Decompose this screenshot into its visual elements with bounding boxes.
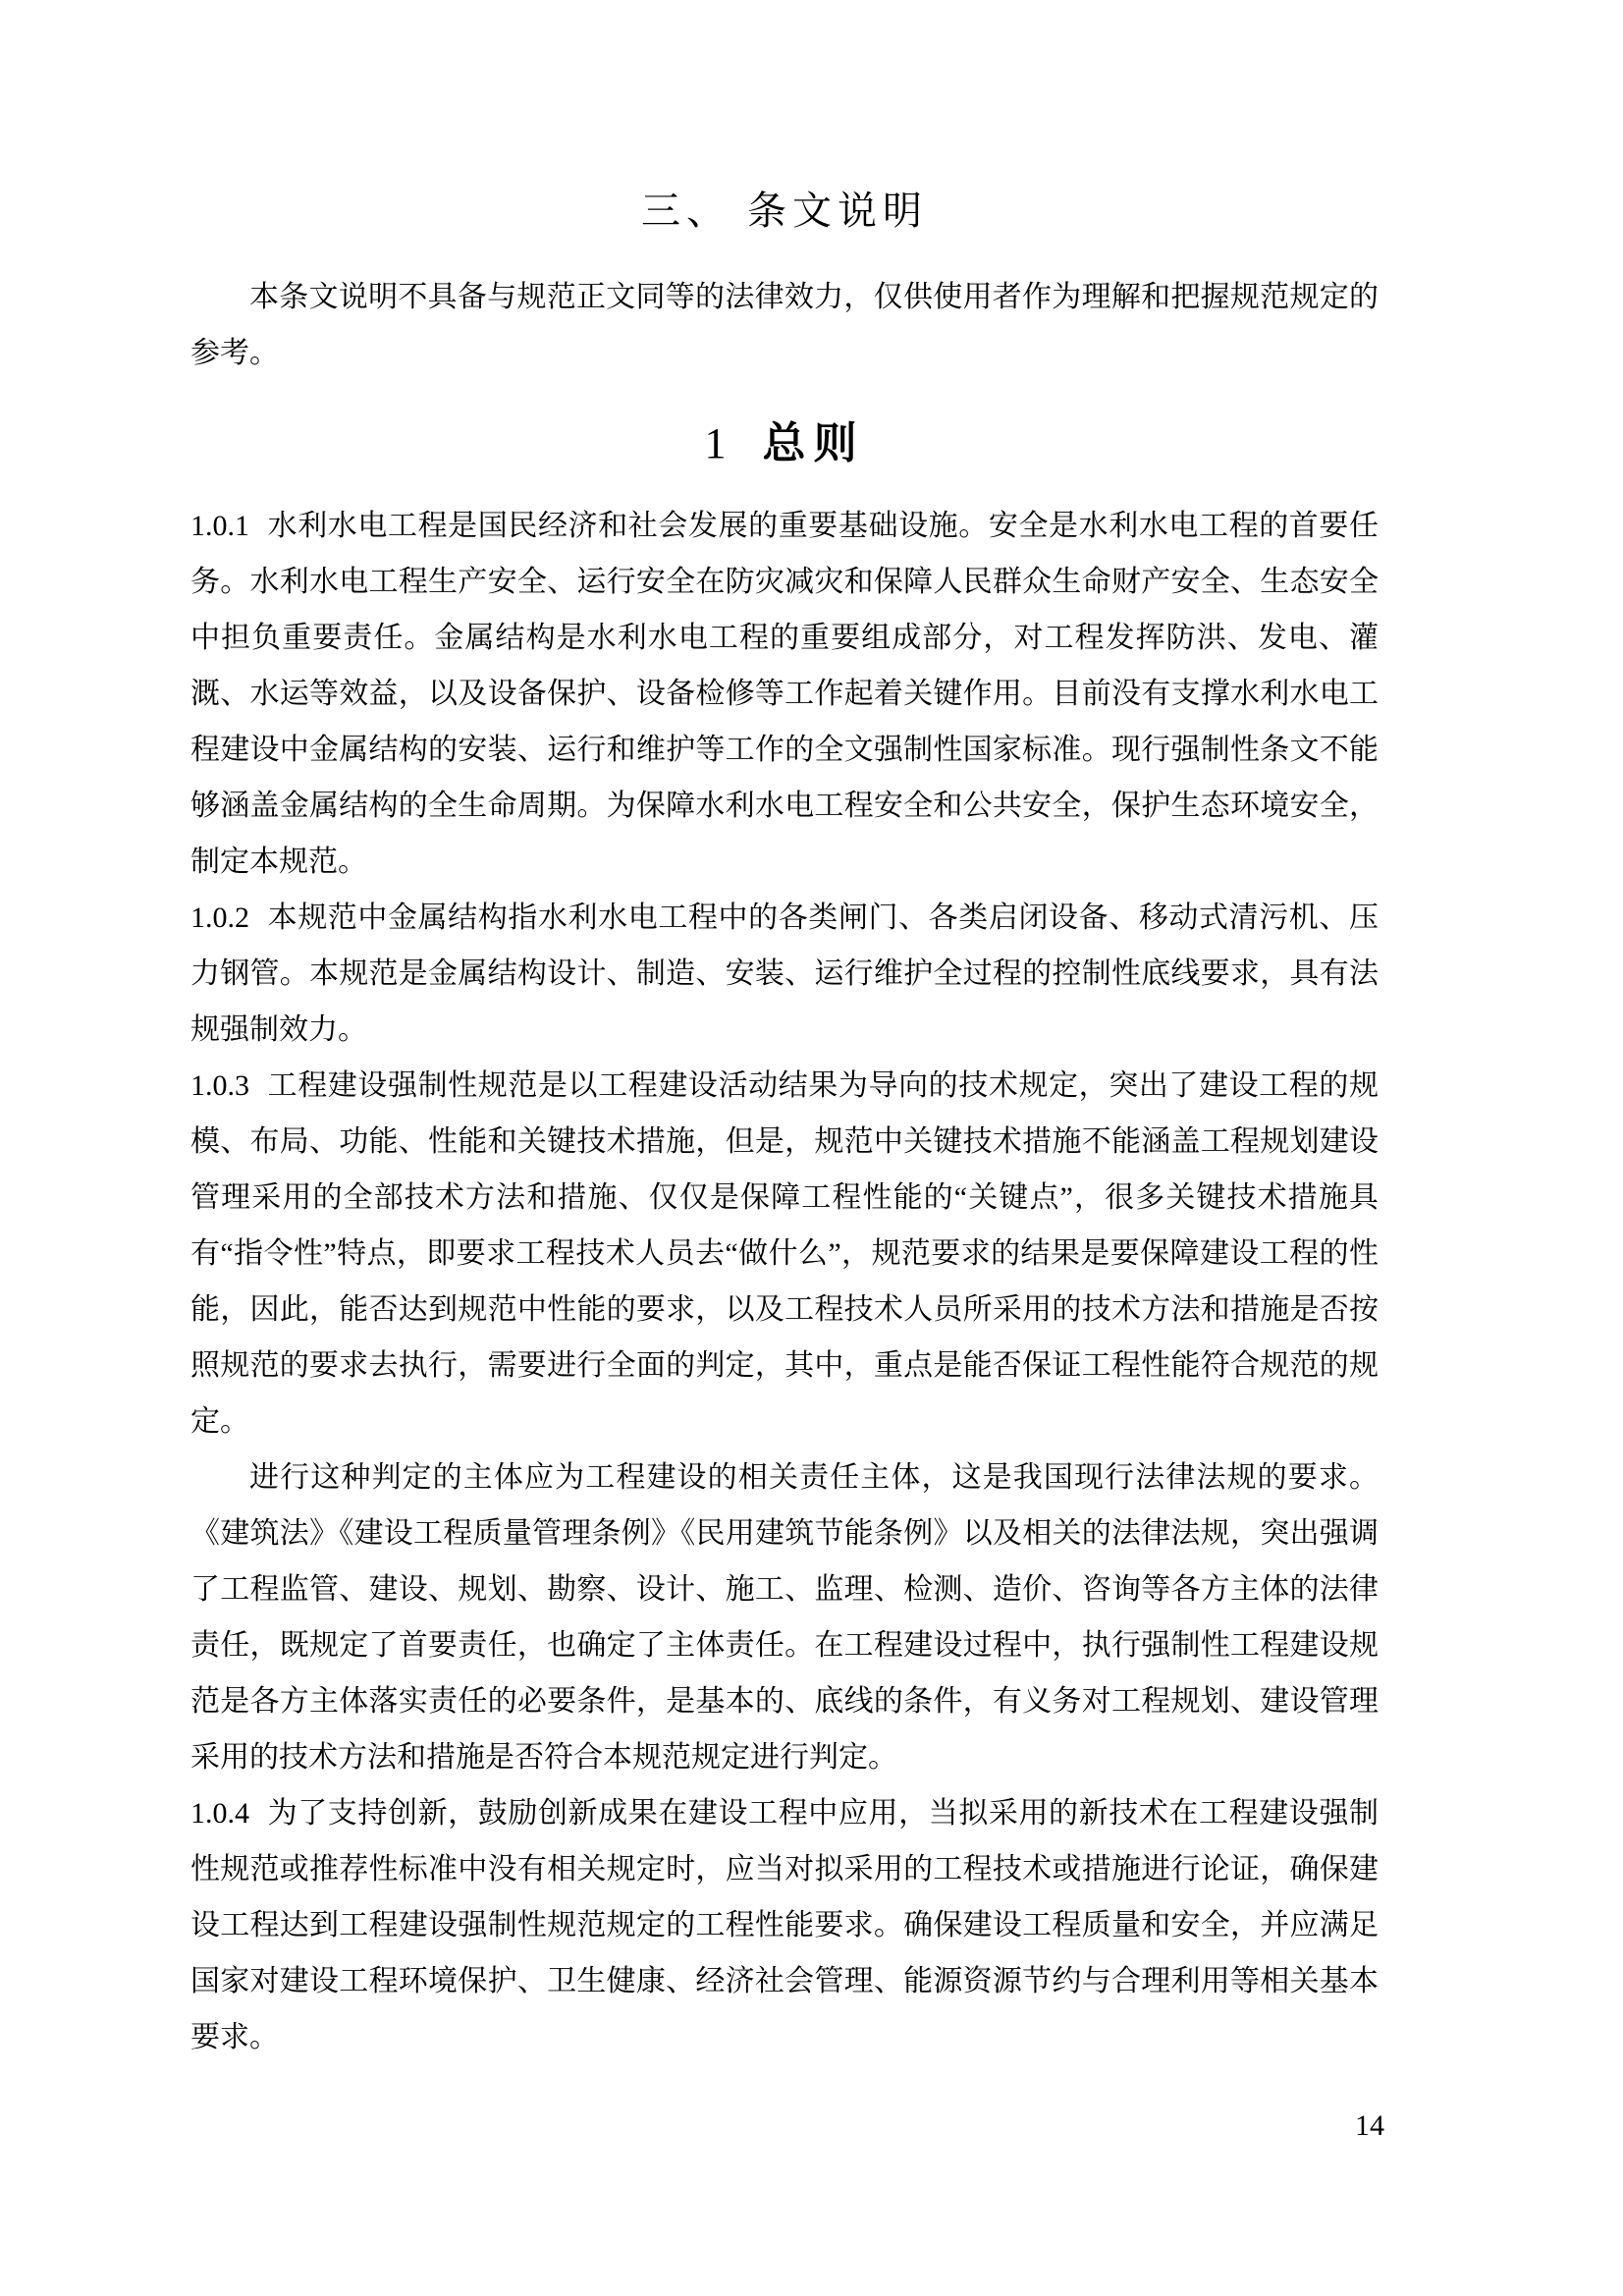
- clause-text: 水利水电工程是国民经济和社会发展的重要基础设施。安全是水利水电工程的首要任务。水…: [190, 510, 1379, 878]
- clause-1-0-3-continuation: 进行这种判定的主体应为工程建设的相关责任主体，这是我国现行法律法规的要求。《建筑…: [190, 1449, 1379, 1785]
- clause-number: 1.0.4: [190, 1797, 249, 1830]
- clause-1-0-2: 1.0.2本规范中金属结构指水利水电工程中的各类闸门、各类启闭设备、移动式清污机…: [190, 890, 1379, 1058]
- chapter-number: 1: [705, 419, 727, 467]
- clause-number: 1.0.1: [190, 510, 249, 542]
- clause-text: 本规范中金属结构指水利水电工程中的各类闸门、各类启闭设备、移动式清污机、压力钢管…: [190, 902, 1379, 1046]
- chapter-heading: 1 总则: [190, 418, 1379, 469]
- document-page: 三、 条文说明 本条文说明不具备与规范正文同等的法律效力，仅供使用者作为理解和把…: [0, 0, 1623, 2296]
- clause-number: 1.0.3: [190, 1069, 249, 1102]
- clause-1-0-1: 1.0.1水利水电工程是国民经济和社会发展的重要基础设施。安全是水利水电工程的首…: [190, 498, 1379, 890]
- clause-text: 进行这种判定的主体应为工程建设的相关责任主体，这是我国现行法律法规的要求。《建筑…: [190, 1461, 1379, 1774]
- clause-list: 1.0.1水利水电工程是国民经济和社会发展的重要基础设施。安全是水利水电工程的首…: [190, 498, 1379, 2065]
- page-number: 14: [1355, 2106, 1384, 2146]
- clause-text: 为了支持创新，鼓励创新成果在建设工程中应用，当拟采用的新技术在工程建设强制性规范…: [190, 1797, 1379, 2053]
- intro-paragraph: 本条文说明不具备与规范正文同等的法律效力，仅供使用者作为理解和把握规范规定的参考…: [190, 269, 1379, 381]
- page-content: 三、 条文说明 本条文说明不具备与规范正文同等的法律效力，仅供使用者作为理解和把…: [190, 0, 1379, 2065]
- clause-1-0-3: 1.0.3工程建设强制性规范是以工程建设活动结果为导向的技术规定，突出了建设工程…: [190, 1058, 1379, 1449]
- clause-1-0-4: 1.0.4为了支持创新，鼓励创新成果在建设工程中应用，当拟采用的新技术在工程建设…: [190, 1785, 1379, 2065]
- chapter-title: 总则: [763, 419, 865, 467]
- clause-number: 1.0.2: [190, 902, 249, 934]
- doc-title: 三、 条文说明: [190, 187, 1379, 236]
- clause-text: 工程建设强制性规范是以工程建设活动结果为导向的技术规定，突出了建设工程的规模、布…: [190, 1069, 1379, 1438]
